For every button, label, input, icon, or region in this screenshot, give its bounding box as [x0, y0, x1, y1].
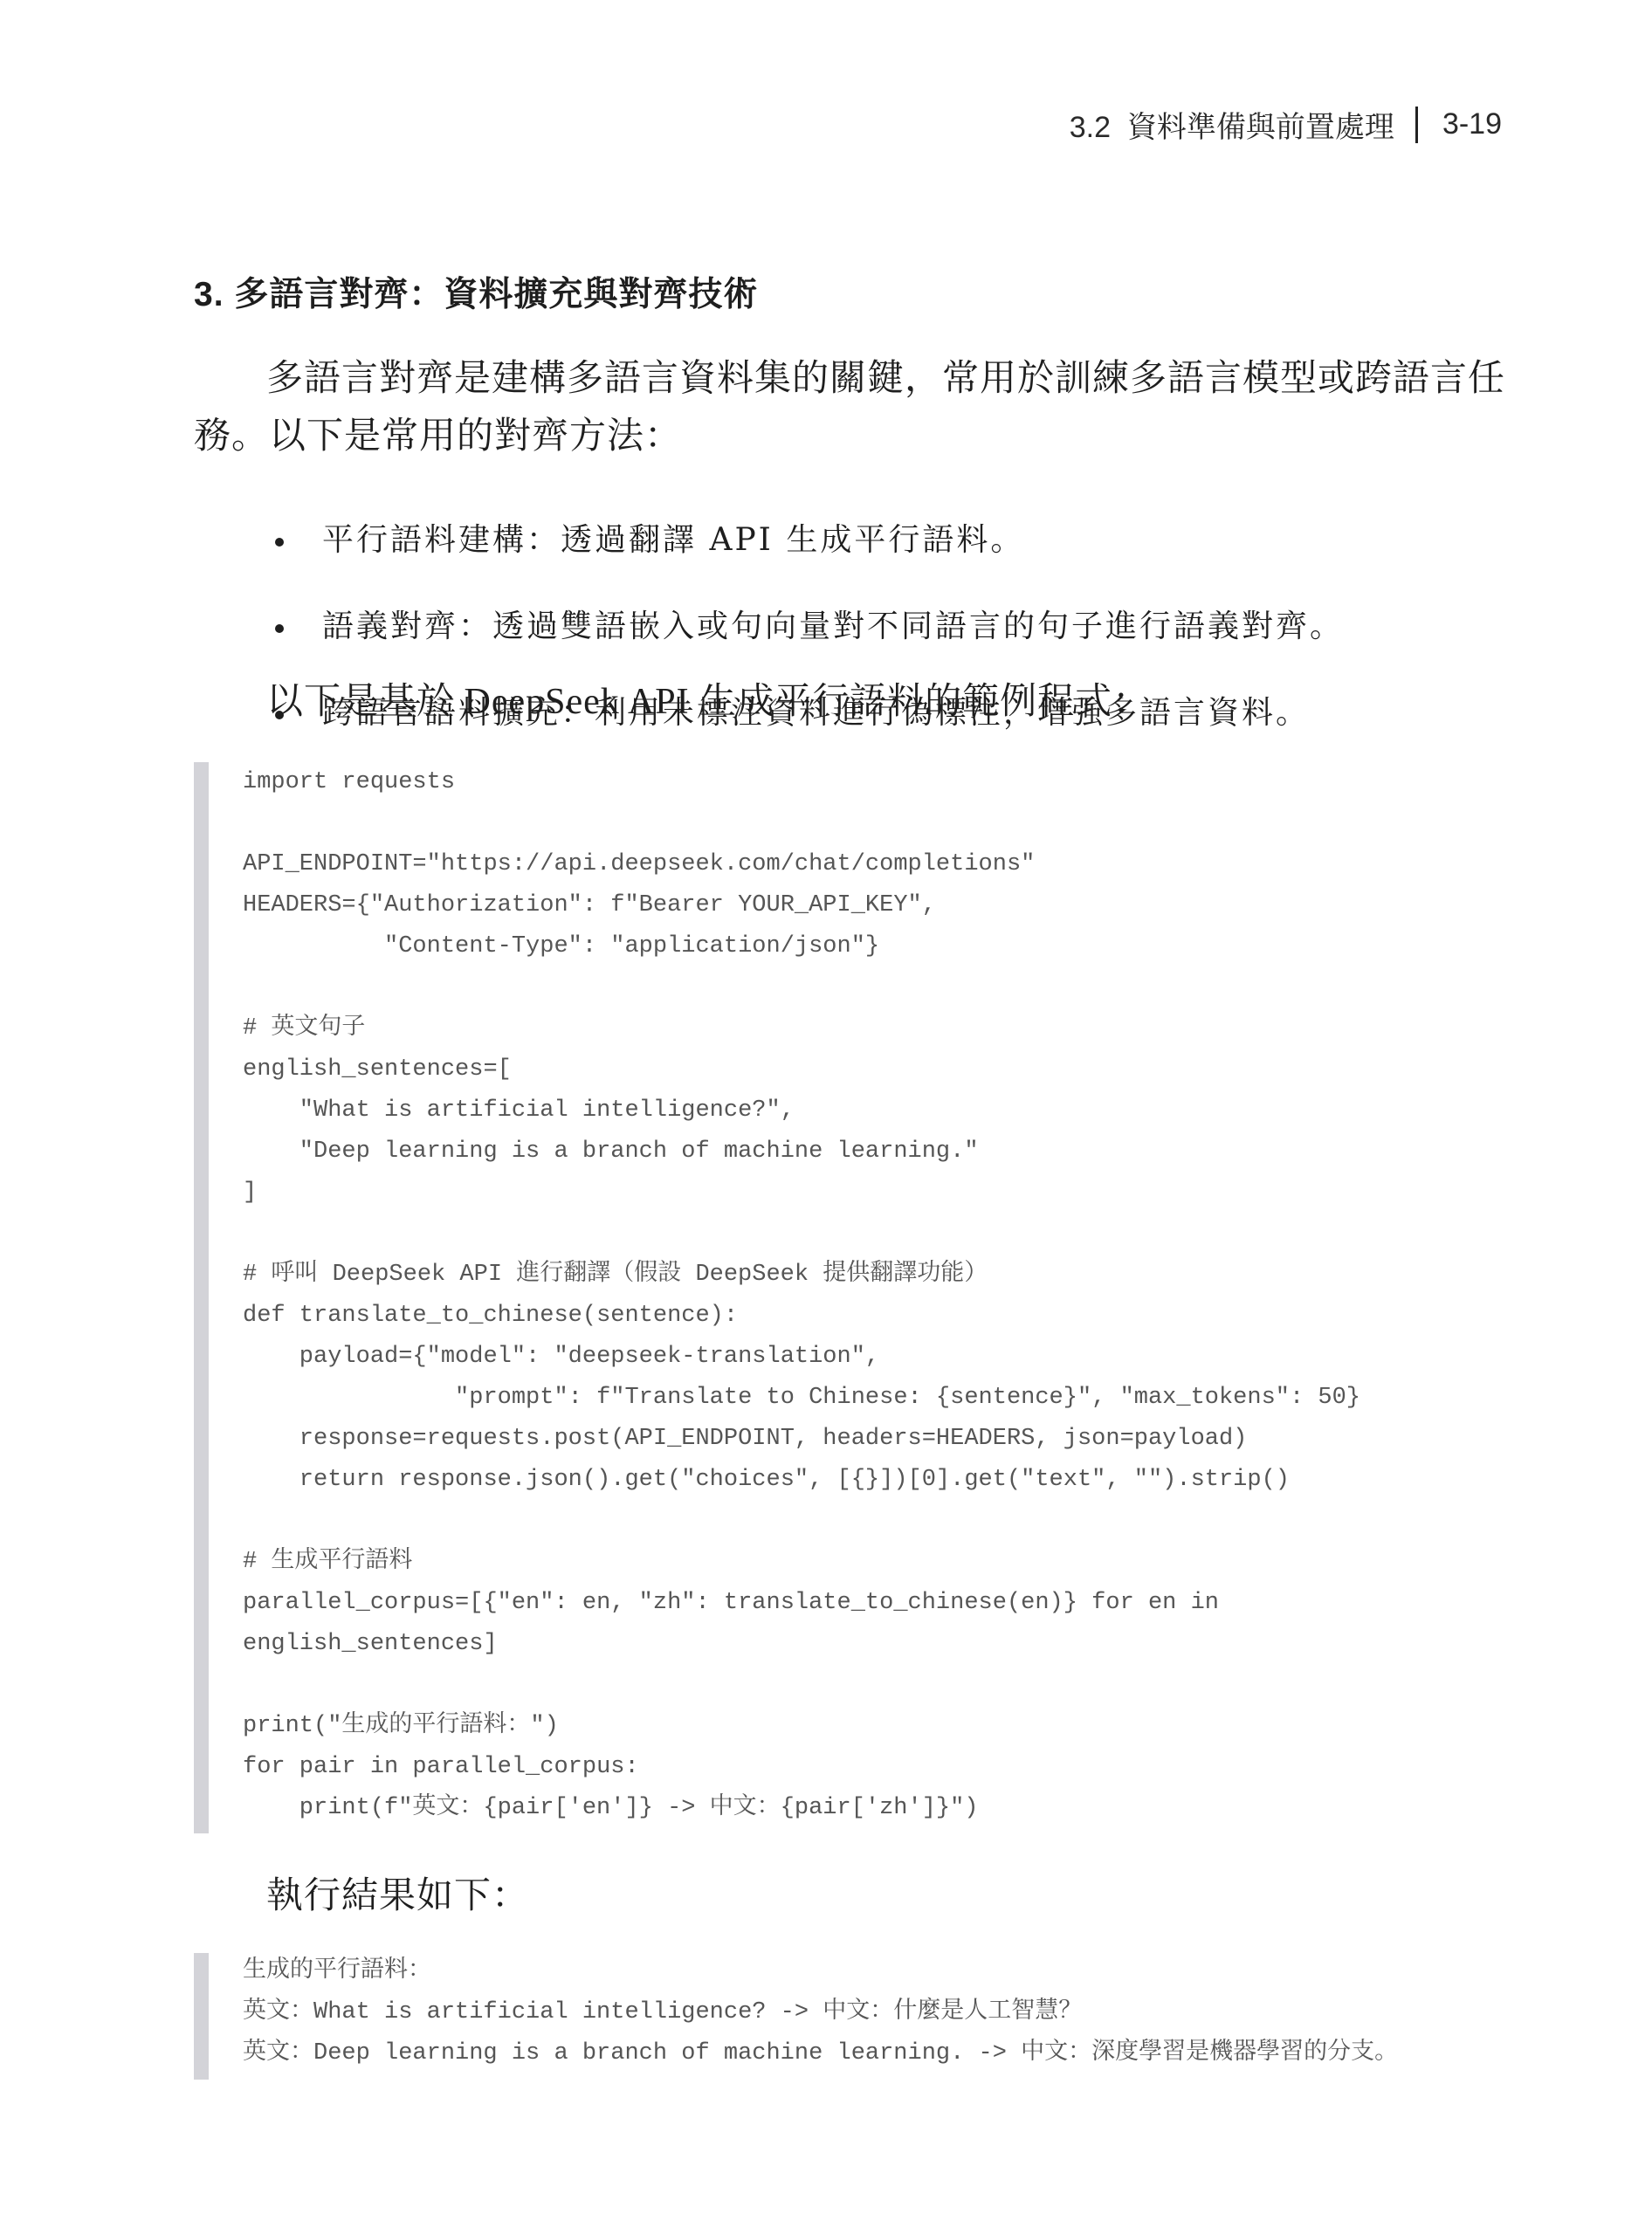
list-item: 平行語料建構：透過翻譯 API 生成平行語料。 — [266, 516, 317, 571]
output-line: 英文：Deep learning is a branch of machine … — [243, 2039, 1398, 2068]
code-block-bar — [194, 762, 209, 1833]
output-line: 生成的平行語料： — [243, 1956, 431, 1986]
section-heading: 3. 多語言對齊：資料擴充與對齊技術 — [194, 267, 758, 316]
code-line: "Content-Type": "application/json"} — [243, 932, 879, 961]
code-line: payload={"model": "deepseek-translation"… — [243, 1342, 879, 1372]
output-line: 英文：What is artificial intelligence? -> 中… — [243, 1998, 1082, 2027]
code-line: def translate_to_chinese(sentence): — [243, 1301, 738, 1331]
bullet-icon — [275, 538, 284, 547]
code-line: print(f"英文：{pair['en']} -> 中文：{pair['zh'… — [243, 1793, 979, 1823]
list-item: 語義對齊：透過雙語嵌入或句向量對不同語言的句子進行語義對齊。 — [266, 602, 317, 657]
code-comment: # 英文句子 — [243, 1014, 365, 1043]
code-line: HEADERS={"Authorization": f"Bearer YOUR_… — [243, 891, 936, 920]
output-block-bar — [194, 1953, 209, 2080]
code-comment: # 呼叫 DeepSeek API 進行翻譯（假設 DeepSeek 提供翻譯功… — [243, 1260, 988, 1289]
running-header: 3.2 資料準備與前置處理 3-19 — [1070, 103, 1502, 146]
code-line: english_sentences] — [243, 1629, 498, 1659]
list-item-text: 語義對齊：透過雙語嵌入或句向量對不同語言的句子進行語義對齊。 — [322, 602, 1344, 651]
output-block: 生成的平行語料： 英文：What is artificial intellige… — [194, 1953, 1504, 2080]
list-item-text: 平行語料建構：透過翻譯 API 生成平行語料。 — [322, 516, 1024, 565]
header-separator — [1415, 107, 1418, 143]
intro-paragraph-line-1: 多語言對齊是建構多語言資料集的關鍵，常用於訓練多語言模型或跨語言任 — [266, 349, 1505, 402]
code-line: API_ENDPOINT="https://api.deepseek.com/c… — [243, 849, 1035, 879]
intro-paragraph-line-2: 務。以下是常用的對齊方法： — [194, 407, 682, 459]
code-line: print("生成的平行語料：") — [243, 1711, 559, 1741]
code-line: english_sentences=[ — [243, 1055, 512, 1084]
code-line: "What is artificial intelligence?", — [243, 1096, 795, 1125]
code-line: response=requests.post(API_ENDPOINT, hea… — [243, 1424, 1247, 1454]
running-header-section: 3.2 資料準備與前置處理 — [1070, 103, 1394, 146]
code-line: parallel_corpus=[{"en": en, "zh": transl… — [243, 1588, 1219, 1618]
code-line: "Deep learning is a branch of machine le… — [243, 1137, 979, 1166]
result-intro: 執行結果如下： — [266, 1867, 529, 1919]
code-comment: # 生成平行語料 — [243, 1547, 412, 1577]
code-line: return response.json().get("choices", [{… — [243, 1465, 1290, 1495]
code-line: for pair in parallel_corpus: — [243, 1752, 639, 1782]
code-line: ] — [243, 1178, 257, 1207]
bullet-icon — [275, 624, 284, 633]
code-line: "prompt": f"Translate to Chinese: {sente… — [243, 1383, 1360, 1413]
example-intro: 以下是基於 DeepSeek API 生成平行語料的範例程式： — [266, 672, 1150, 725]
code-line: import requests — [243, 767, 455, 797]
page-number: 3-19 — [1442, 107, 1502, 141]
code-block: import requests API_ENDPOINT="https://ap… — [194, 762, 1504, 1833]
